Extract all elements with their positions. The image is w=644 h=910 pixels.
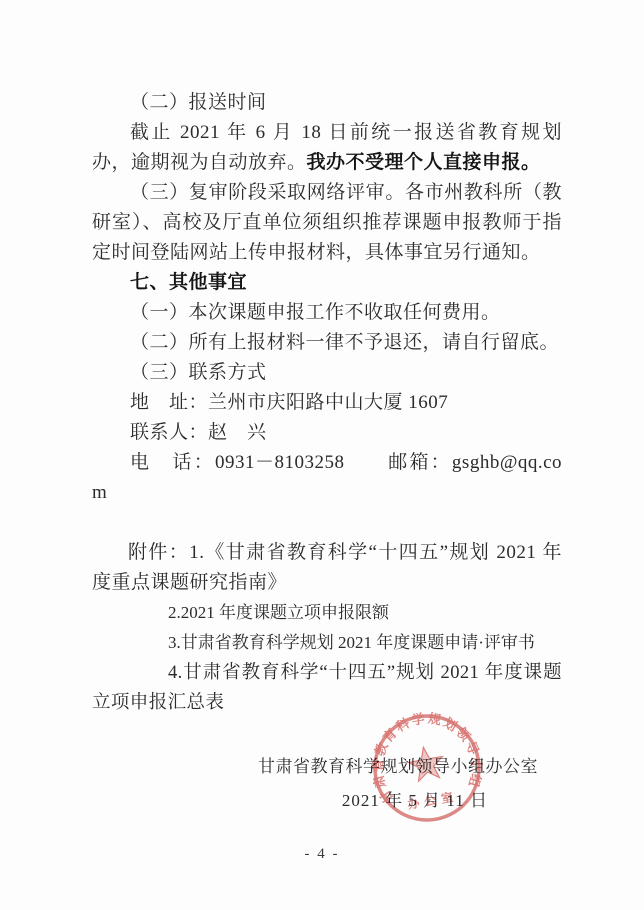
document-body: （二）报送时间 截止 2021 年 6 月 18 日前统一报送省教育规划办，逾期… xyxy=(0,0,644,718)
address-line: 地 址：兰州市庆阳路中山大厦 1607 xyxy=(92,388,562,418)
attachment-item-4: 4.甘肃省教育科学“十四五”规划 2021 年度课题立项申报汇总表 xyxy=(92,658,562,718)
contact-person-line: 联系人：赵 兴 xyxy=(92,418,562,448)
item-contact-heading: （三）联系方式 xyxy=(92,358,562,388)
page-number: - 4 - xyxy=(0,846,644,863)
phone-email-line: 电 话：0931－8103258邮箱：gsghb@qq.com xyxy=(92,448,562,508)
attachment-item-2: 2.2021 年度课题立项申报限额 xyxy=(92,598,562,628)
document-page: （二）报送时间 截止 2021 年 6 月 18 日前统一报送省教育规划办，逾期… xyxy=(0,0,644,910)
heading-other-matters: 七、其他事宜 xyxy=(92,268,562,298)
attachments-list: 附件：1.《甘肃省教育科学“十四五”规划 2021 年度重点课题研究指南》 2.… xyxy=(92,538,562,718)
item-no-fee: （一）本次课题申报工作不收取任何费用。 xyxy=(92,298,562,328)
deadline-bold-text: 我办不受理个人直接申报。 xyxy=(307,152,541,173)
attachment-item-1: 附件：1.《甘肃省教育科学“十四五”规划 2021 年度重点课题研究指南》 xyxy=(92,538,562,598)
item-no-return: （二）所有上报材料一律不予退还，请自行留底。 xyxy=(92,328,562,358)
signature-organization: 甘肃省教育科学规划领导小组办公室 xyxy=(258,752,538,777)
attachment-item-3: 3.甘肃省教育科学规划 2021 年度课题申请·评审书 xyxy=(92,628,562,658)
signature-date: 2021 年 5 月 11 日 xyxy=(342,786,488,811)
heading-submission-time: （二）报送时间 xyxy=(92,88,562,118)
phone-value: 电 话：0931－8103258 xyxy=(130,452,344,473)
paragraph-review-process: （三）复审阶段采取网络评审。各市州教科所（教研室）、高校及厅直单位须组织推荐课题… xyxy=(92,178,562,268)
paragraph-deadline: 截止 2021 年 6 月 18 日前统一报送省教育规划办，逾期视为自动放弃。我… xyxy=(92,118,562,178)
